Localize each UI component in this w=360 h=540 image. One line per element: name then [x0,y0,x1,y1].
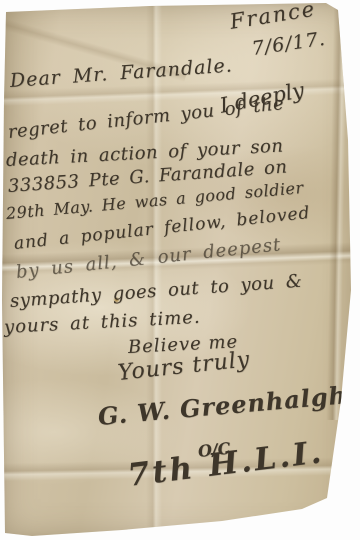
letter-salutation: Dear Mr. Farandale. [9,54,233,92]
letter-date: 7/6/17. [250,28,327,60]
letter-photograph: France 7/6/17. Dear Mr. Farandale. I dee… [0,0,360,540]
letter-body-line: yours at this time. [3,307,201,338]
letter-body-line: regret to inform you of the [7,93,285,143]
letter-paper: France 7/6/17. Dear Mr. Farandale. I dee… [0,0,360,540]
letter-signature: G. W. Greenhalgh [97,380,348,431]
paper-crease-vertical-right [326,0,347,420]
letter-place: France [228,0,318,34]
